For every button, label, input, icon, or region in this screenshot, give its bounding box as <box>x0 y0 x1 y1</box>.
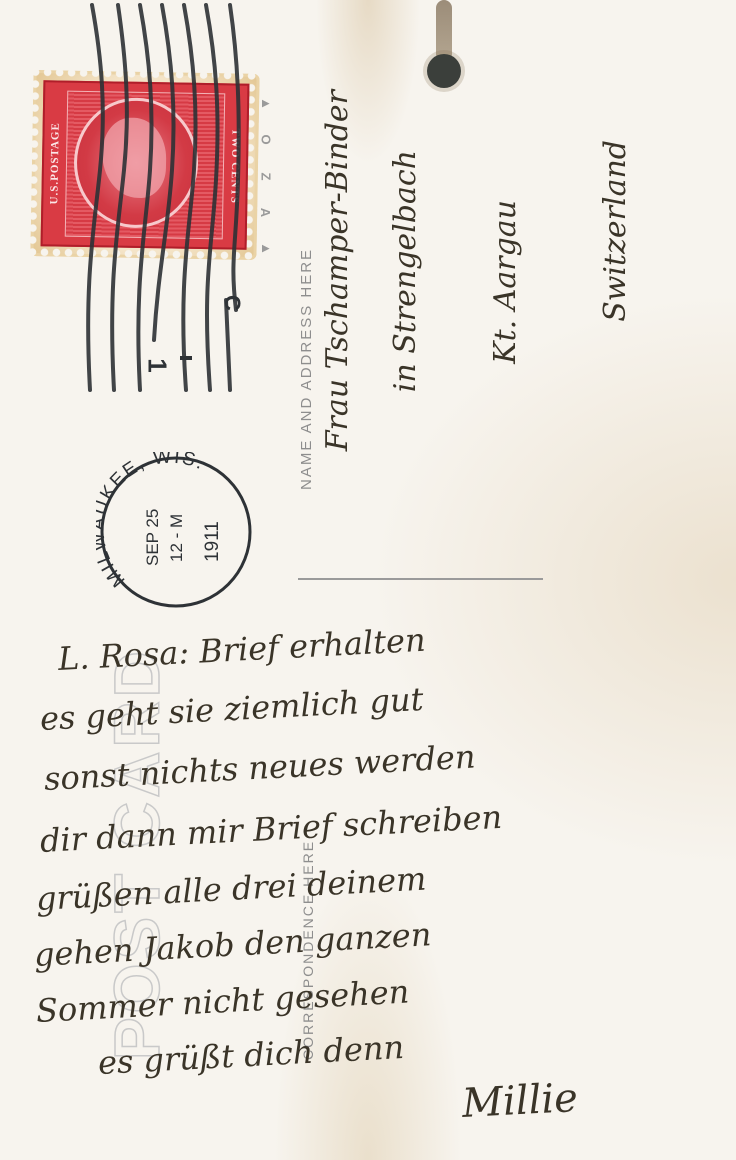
triangle-icon: ▲ <box>259 242 274 255</box>
message-line: Sommer nicht gesehen <box>35 972 410 1030</box>
triangle-icon: ▲ <box>259 97 274 110</box>
message-line: L. Rosa: Brief erhalten <box>57 621 426 678</box>
address-line-1: Frau Tschamper-Binder <box>320 90 355 451</box>
address-label: NAME AND ADDRESS HERE <box>298 100 315 490</box>
cancellation-wavy-lines <box>80 0 260 400</box>
azo-letter: O <box>259 135 274 145</box>
message-line: es geht sie ziemlich gut <box>39 680 424 738</box>
postmark-time: 12 - M <box>167 514 186 562</box>
stain <box>436 0 452 62</box>
stamp-box-marks: ▲ O Z A ▲ <box>254 96 278 256</box>
stamp-left-text: U.S.POSTAGE <box>44 82 67 244</box>
message-line: grüßen alle drei deinem <box>35 860 427 918</box>
signature: Millie <box>461 1075 579 1127</box>
address-line-4: Switzerland <box>598 140 633 322</box>
postmark-date: SEP 25 <box>143 509 162 566</box>
cancel-number: 1 <box>142 358 173 372</box>
azo-letter: A <box>258 208 273 217</box>
azo-letter: Z <box>258 172 273 180</box>
postmark: MILWAUKEE, WIS. SEP 25 12 - M 1911 <box>96 452 256 612</box>
address-line-2: in Strengelbach <box>388 150 423 392</box>
message-line: gehen Jakob den ganzen <box>33 915 432 974</box>
postcard-back: U.S.POSTAGE TWO CENTS C 1 ▲ O Z A ▲ POST… <box>0 0 736 1160</box>
pin-hole <box>427 54 461 88</box>
divider-line <box>298 578 543 581</box>
postmark-year: 1911 <box>202 521 223 562</box>
cancel-letter: C <box>219 295 245 311</box>
address-line-3: Kt. Aargau <box>488 200 523 364</box>
